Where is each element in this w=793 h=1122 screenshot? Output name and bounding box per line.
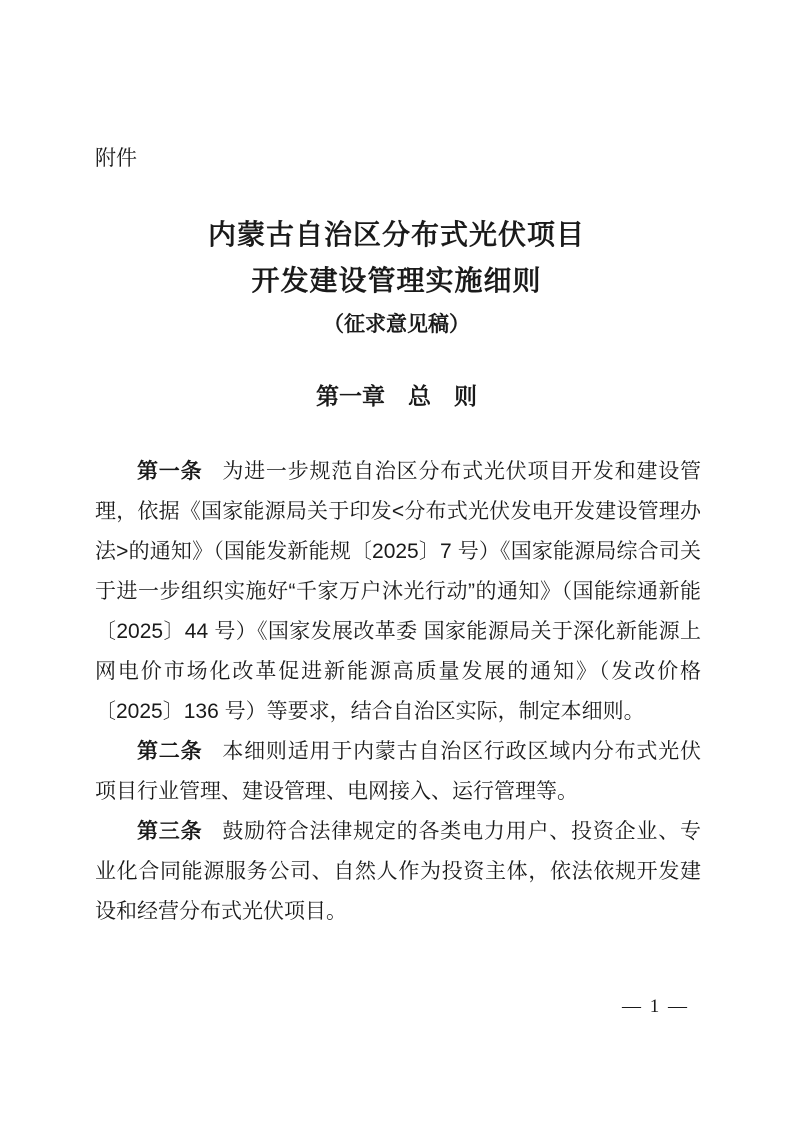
document-title: 内蒙古自治区分布式光伏项目 开发建设管理实施细则 <box>0 213 793 305</box>
article-paragraph-3: 第三条鼓励符合法律规定的各类电力用户、投资企业、专业化合同能源服务公司、自然人作… <box>95 812 701 932</box>
document-title-line1: 内蒙古自治区分布式光伏项目 <box>0 213 793 259</box>
article-1-label: 第一条 <box>137 460 202 483</box>
article-2-label: 第二条 <box>137 740 202 763</box>
document-body: 第一条为进一步规范自治区分布式光伏项目开发和建设管理，依据《国家能源局关于印发<… <box>95 452 701 932</box>
article-1-text: 为进一步规范自治区分布式光伏项目开发和建设管理，依据《国家能源局关于印发<分布式… <box>95 460 701 723</box>
document-subtitle: （征求意见稿） <box>0 308 793 338</box>
chapter-heading: 第一章 总 则 <box>0 378 793 411</box>
article-3-label: 第三条 <box>137 820 202 843</box>
page-number: — 1 — <box>622 996 689 1018</box>
attachment-label: 附件 <box>95 142 137 172</box>
document-title-line2: 开发建设管理实施细则 <box>0 259 793 305</box>
article-paragraph-1: 第一条为进一步规范自治区分布式光伏项目开发和建设管理，依据《国家能源局关于印发<… <box>95 452 701 732</box>
document-page: 附件 内蒙古自治区分布式光伏项目 开发建设管理实施细则 （征求意见稿） 第一章 … <box>0 0 793 1122</box>
article-paragraph-2: 第二条本细则适用于内蒙古自治区行政区域内分布式光伏项目行业管理、建设管理、电网接… <box>95 732 701 812</box>
